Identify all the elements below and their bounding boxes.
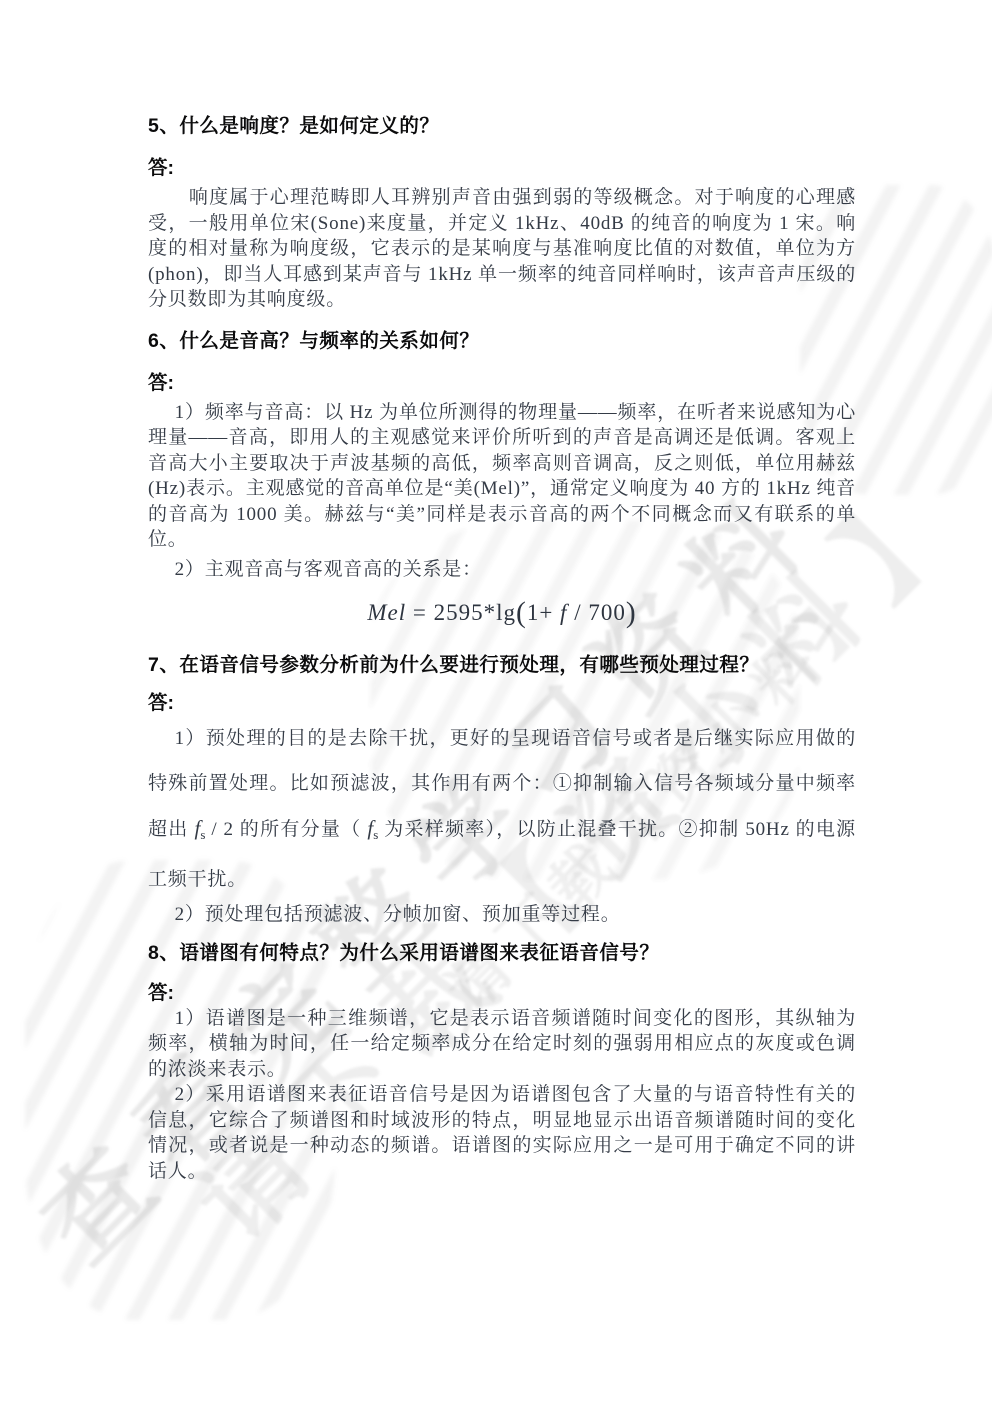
q6-answer-paragraph-1: 1）频率与音高：以 Hz 为单位所测得的物理量——频率，在听者来说感知为心理量—… <box>148 400 856 553</box>
q5-answer-paragraph: 响度属于心理范畴即人耳辨别声音由强到弱的等级概念。对于响度的心理感受，一般用单位… <box>148 185 856 313</box>
answer-label-q8: 答: <box>148 980 856 1006</box>
fs-sampling-math: fs <box>367 819 378 840</box>
formula-mel: Mel <box>367 600 406 625</box>
question-7-title: 7、在语音信号参数分析前为什么要进行预处理，有哪些预处理过程？ <box>148 652 856 678</box>
formula-open-paren: ( <box>516 597 527 629</box>
answer-label-q7: 答: <box>148 690 856 716</box>
q7-answer-paragraph-2: 2）预处理包括预滤波、分帧加窗、预加重等过程。 <box>148 902 856 928</box>
question-6-title: 6、什么是音高？与频率的关系如何？ <box>148 328 856 354</box>
q6-answer-paragraph-2: 2）主观音高与客观音高的关系是： <box>148 557 856 583</box>
question-8-title: 8、语谱图有何特点？为什么采用语谱图来表征语音信号？ <box>148 940 856 966</box>
formula-tail: / 700 <box>567 600 625 625</box>
document-page: 查看完整学习资料 请下载【资小料】 请下载【资小料】 5、什么是响度？是如何定义… <box>0 0 992 1403</box>
answer-label-q5: 答: <box>148 155 856 181</box>
answer-label-q6: 答: <box>148 370 856 396</box>
fs-over-2-math: fs <box>195 819 206 840</box>
q8-answer-paragraph-1: 1）语谱图是一种三维频谱，它是表示语音频谱随时间变化的图形，其纵轴为频率，横轴为… <box>148 1006 856 1083</box>
mel-formula: Mel = 2595*lg(1+ f / 700) <box>148 596 856 630</box>
q8-answer-paragraph-2: 2）采用语谱图来表征语音信号是因为语谱图包含了大量的与语音特性有关的信息，它综合… <box>148 1082 856 1184</box>
formula-equals: = 2595*lg <box>406 600 516 625</box>
formula-one-plus: 1+ <box>527 600 560 625</box>
question-5-title: 5、什么是响度？是如何定义的？ <box>148 113 856 139</box>
q7-answer-paragraph-1: 1）预处理的目的是去除干扰，更好的呈现语音信号或者是后继实际应用做的特殊前置处理… <box>148 716 856 902</box>
formula-close-paren: ) <box>626 597 637 629</box>
q7-text-b: / 2 的所有分量（ <box>205 819 367 840</box>
document-content: 5、什么是响度？是如何定义的？ 答: 响度属于心理范畴即人耳辨别声音由强到弱的等… <box>148 0 856 1184</box>
